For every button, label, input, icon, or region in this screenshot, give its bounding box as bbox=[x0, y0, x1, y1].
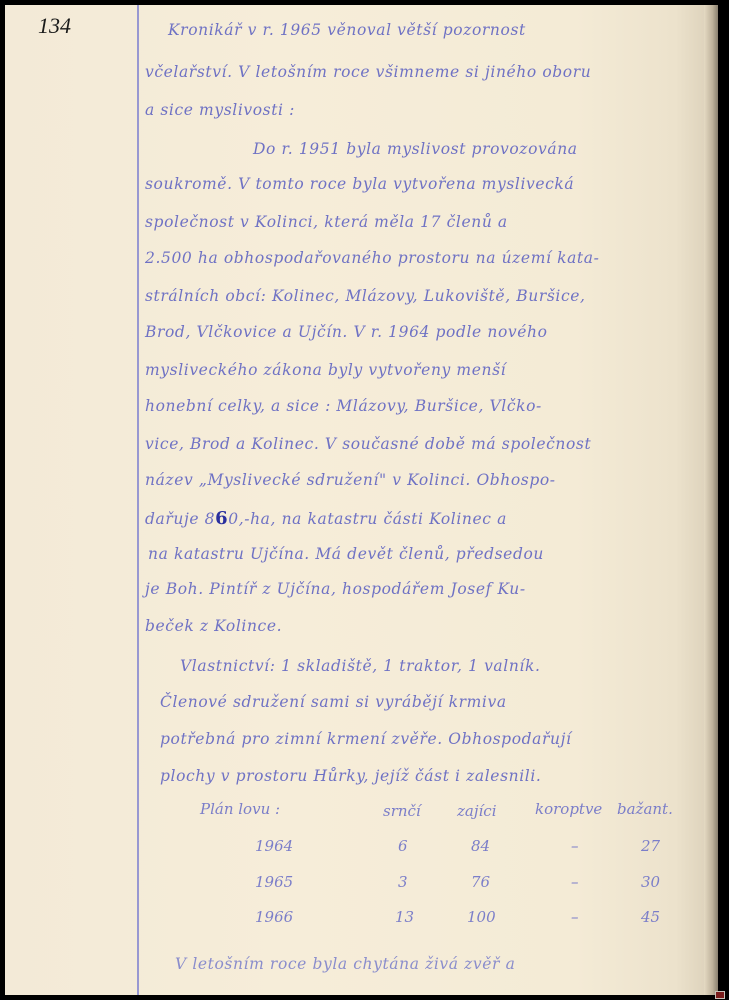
cell-bazant: 30 bbox=[641, 873, 660, 891]
cell-srnci: 13 bbox=[395, 908, 414, 926]
column-header: zajíci bbox=[457, 802, 497, 820]
column-header: srnčí bbox=[383, 802, 421, 820]
row-year: 1964 bbox=[255, 837, 293, 855]
row-year: 1966 bbox=[255, 908, 293, 926]
cell-koroptve: – bbox=[571, 873, 579, 891]
cell-koroptve: – bbox=[571, 837, 579, 855]
chronicle-page: 134 Kronikář v r. 1965 věnoval větší poz… bbox=[5, 5, 718, 995]
cell-zajici: 76 bbox=[471, 873, 490, 891]
cell-bazant: 27 bbox=[641, 837, 660, 855]
table-title: Plán lovu : bbox=[200, 800, 280, 818]
column-header: koroptve bbox=[535, 800, 602, 818]
page-spine-shadow bbox=[704, 5, 718, 995]
hunting-plan-table: Plán lovu : srnčí zajíci koroptve bažant… bbox=[5, 5, 718, 995]
column-header: bažant. bbox=[617, 800, 673, 818]
cell-srnci: 3 bbox=[398, 873, 408, 891]
cell-zajici: 84 bbox=[471, 837, 490, 855]
cell-zajici: 100 bbox=[467, 908, 496, 926]
cell-koroptve: – bbox=[571, 908, 579, 926]
cell-srnci: 6 bbox=[398, 837, 408, 855]
minimize-icon[interactable] bbox=[715, 991, 725, 999]
cell-bazant: 45 bbox=[641, 908, 660, 926]
row-year: 1965 bbox=[255, 873, 293, 891]
text-line-22: V letošním roce byla chytána živá zvěř a bbox=[175, 955, 515, 973]
